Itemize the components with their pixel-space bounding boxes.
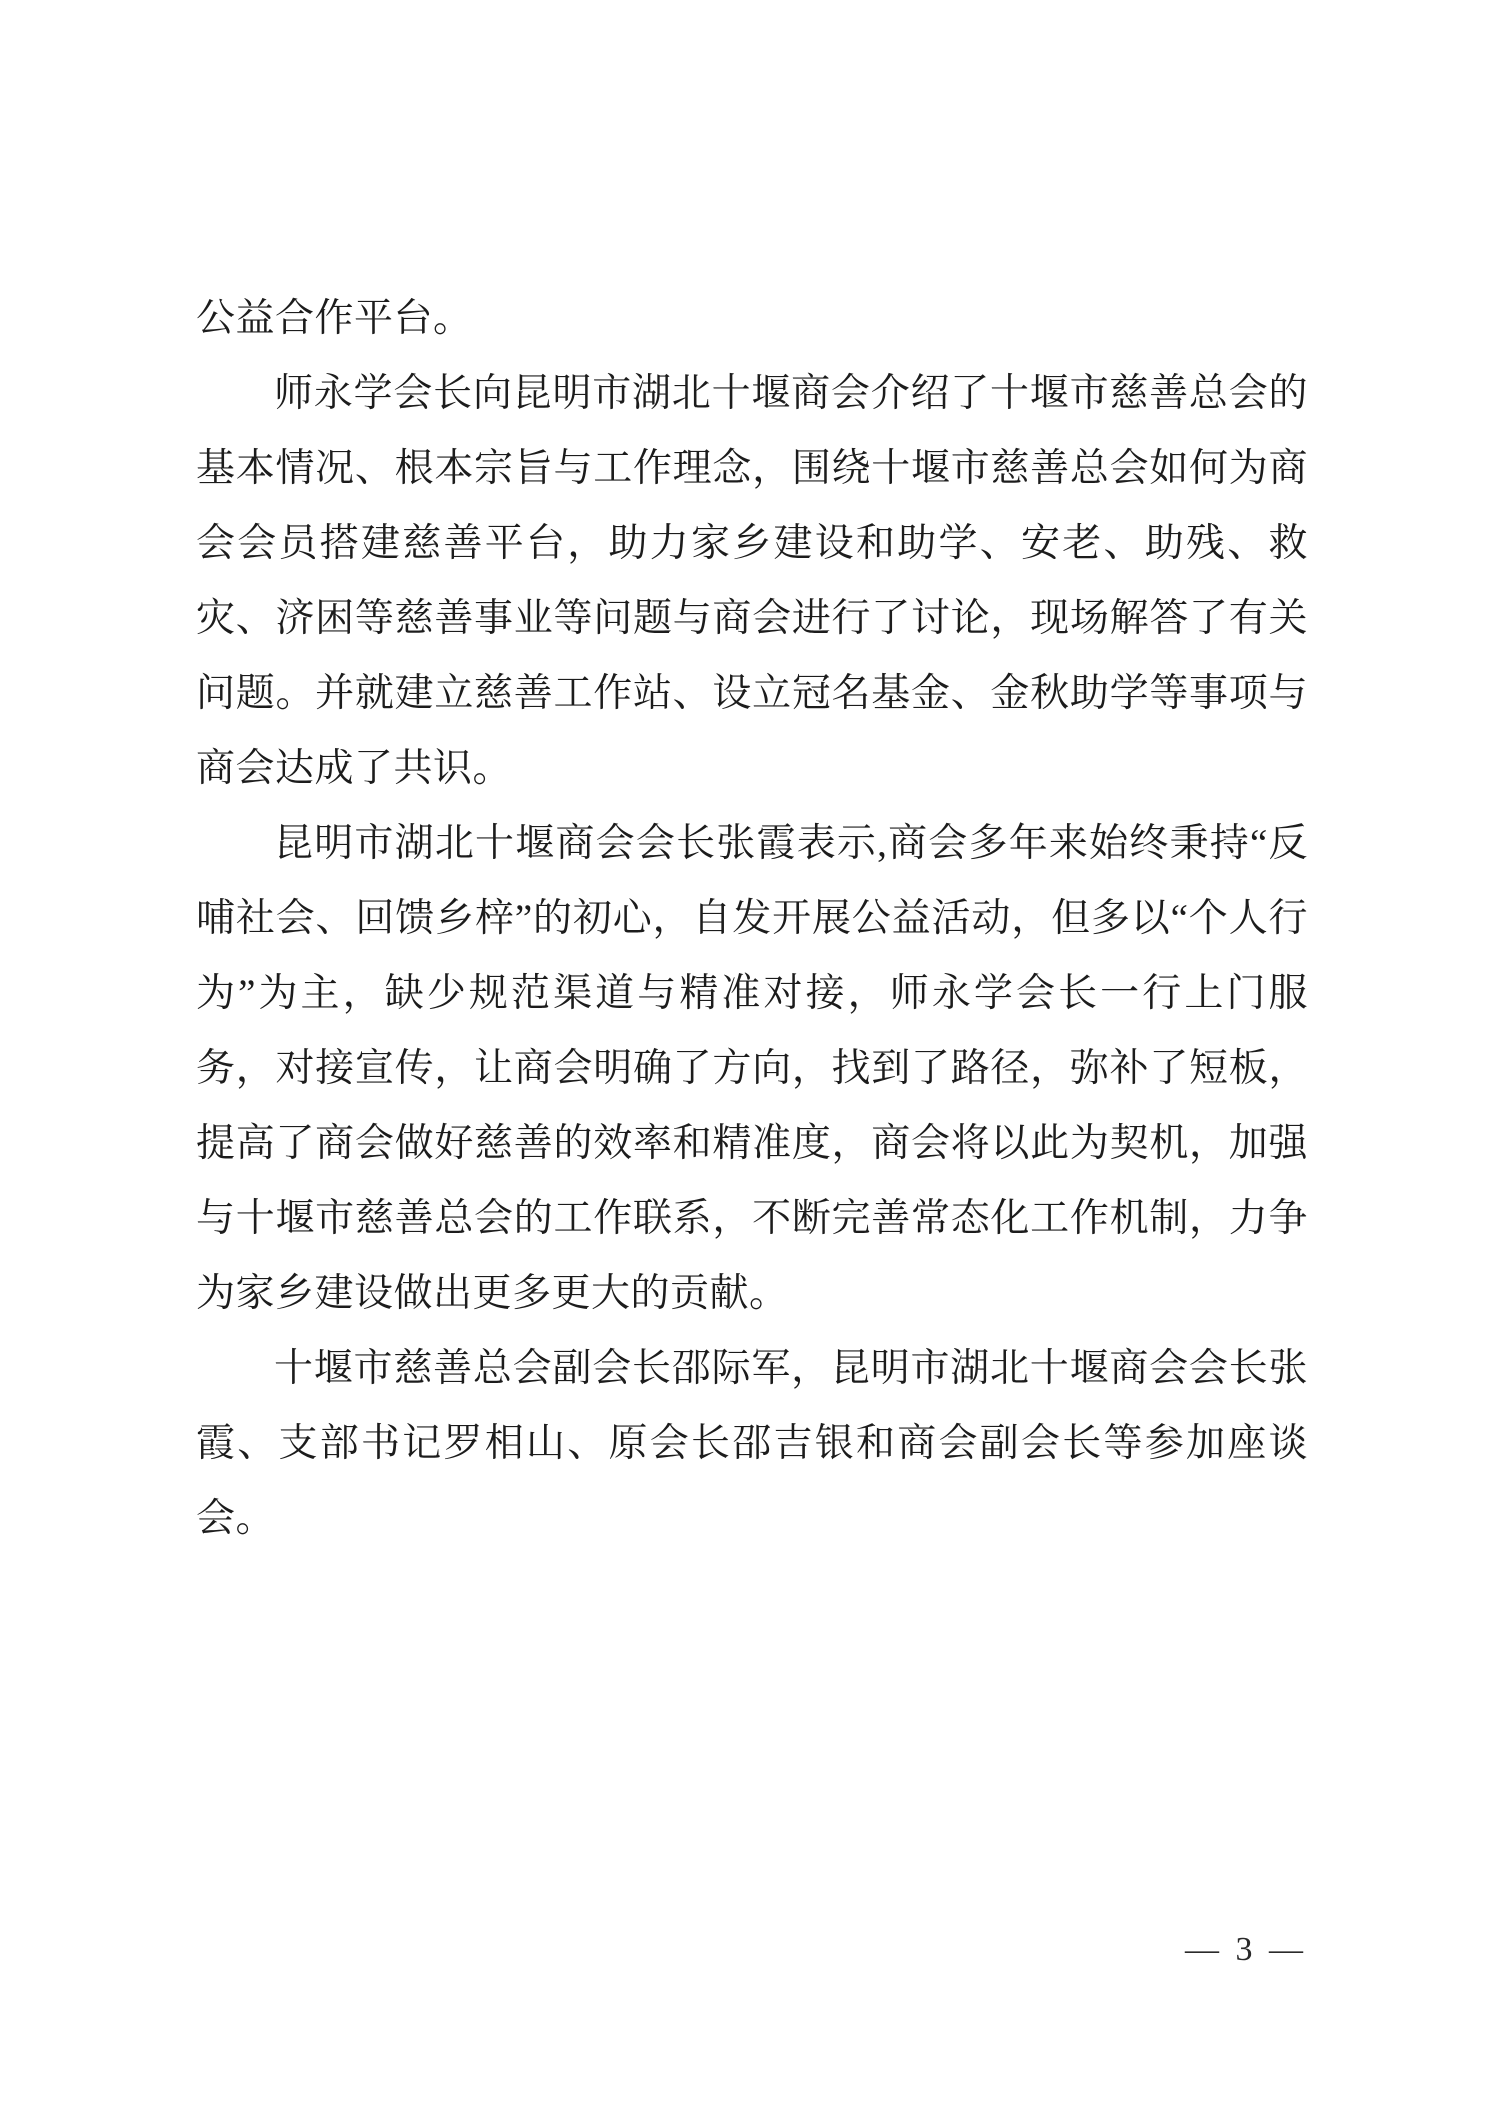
document-page: 公益合作平台。 师永学会长向昆明市湖北十堰商会介绍了十堰市慈善总会的基本情况、根… <box>0 0 1500 2121</box>
body-paragraph: 师永学会长向昆明市湖北十堰商会介绍了十堰市慈善总会的基本情况、根本宗旨与工作理念… <box>196 356 1308 806</box>
body-paragraph: 昆明市湖北十堰商会会长张霞表示,商会多年来始终秉持“反哺社会、回馈乡梓”的初心，… <box>196 806 1308 1331</box>
body-paragraph: 公益合作平台。 <box>196 281 1308 356</box>
page-number: — 3 — <box>1185 1930 1307 1970</box>
body-paragraph: 十堰市慈善总会副会长邵际军，昆明市湖北十堰商会会长张霞、支部书记罗相山、原会长邵… <box>196 1331 1308 1556</box>
body-text: 公益合作平台。 师永学会长向昆明市湖北十堰商会介绍了十堰市慈善总会的基本情况、根… <box>196 281 1308 1556</box>
